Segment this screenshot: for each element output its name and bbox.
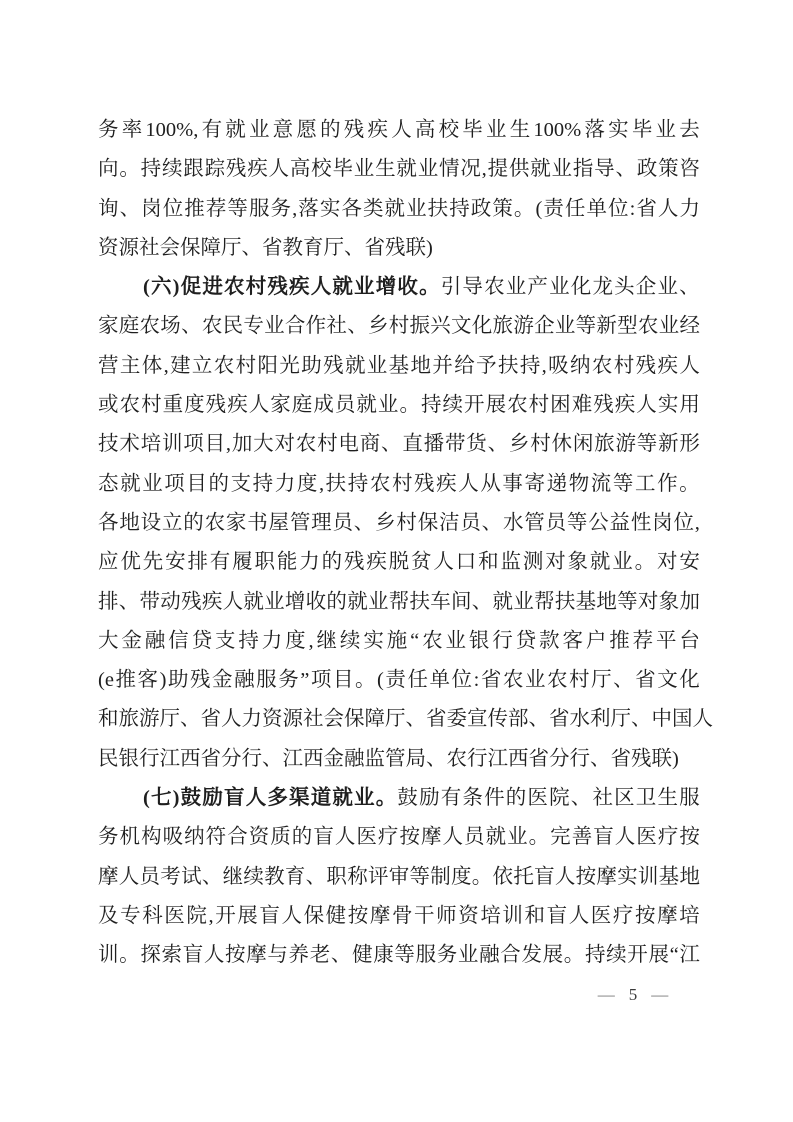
document-body: 务率100%,有就业意愿的残疾人高校毕业生100%落实毕业去向。持续跟踪残疾人高… [98,111,700,976]
text-line: 大金融信贷支持力度,继续实施“农业银行贷款客户推荐平台 [98,622,700,661]
text-line: (七)鼓励盲人多渠道就业。鼓励有条件的医院、社区卫生服 [98,779,700,818]
text-line: (六)促进农村残疾人就业增收。引导农业产业化龙头企业、 [98,268,700,307]
text-line: 民银行江西省分行、江西金融监管局、农行江西省分行、省残联) [98,740,700,779]
text-line: 资源社会保障厅、省教育厅、省残联) [98,229,700,268]
footer-right-dash: — [651,985,668,1005]
text-line: 各地设立的农家书屋管理员、乡村保洁员、水管员等公益性岗位, [98,504,700,543]
text-line: 应优先安排有履职能力的残疾脱贫人口和监测对象就业。对安 [98,543,700,582]
text-line: 营主体,建立农村阳光助残就业基地并给予扶持,吸纳农村残疾人 [98,347,700,386]
text-line: 技术培训项目,加大对农村电商、直播带货、乡村休闲旅游等新形 [98,425,700,464]
text-line: 摩人员考试、继续教育、职称评审等制度。依托盲人按摩实训基地 [98,858,700,897]
text-line: 或农村重度残疾人家庭成员就业。持续开展农村困难残疾人实用 [98,386,700,425]
text-line: 向。持续跟踪残疾人高校毕业生就业情况,提供就业指导、政策咨 [98,150,700,189]
text-line: 务机构吸纳符合资质的盲人医疗按摩人员就业。完善盲人医疗按 [98,818,700,857]
text-line: 训。探索盲人按摩与养老、健康等服务业融合发展。持续开展“江 [98,936,700,975]
text-line: 询、岗位推荐等服务,落实各类就业扶持政策。(责任单位:省人力 [98,190,700,229]
text-line: 态就业项目的支持力度,扶持农村残疾人从事寄递物流等工作。 [98,465,700,504]
text-line: 及专科医院,开展盲人保健按摩骨干师资培训和盲人医疗按摩培 [98,897,700,936]
footer-left-dash: — [598,985,615,1005]
text-line: (e推客)助残金融服务”项目。(责任单位:省农业农村厅、省文化 [98,661,700,700]
text-line: 排、带动残疾人就业增收的就业帮扶车间、就业帮扶基地等对象加 [98,583,700,622]
page-footer: — 5 — [563,982,703,1008]
page-number: 5 [629,985,638,1005]
text-line: 家庭农场、农民专业合作社、乡村振兴文化旅游企业等新型农业经 [98,307,700,346]
text-line: 和旅游厅、省人力资源社会保障厅、省委宣传部、省水利厅、中国人 [98,700,700,739]
document-page: 务率100%,有就业意愿的残疾人高校毕业生100%落实毕业去向。持续跟踪残疾人高… [0,0,793,1122]
text-line: 务率100%,有就业意愿的残疾人高校毕业生100%落实毕业去 [98,111,700,150]
